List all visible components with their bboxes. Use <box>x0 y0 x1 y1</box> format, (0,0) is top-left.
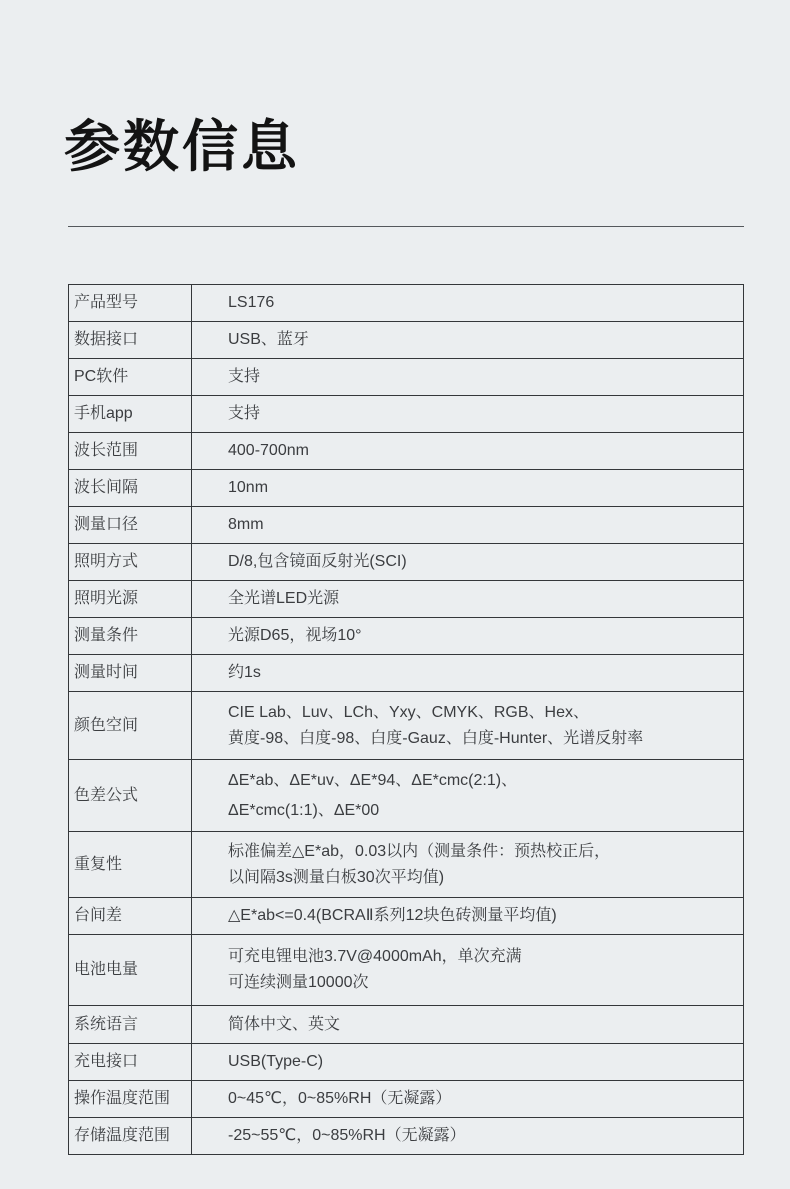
spec-row-value: 约1s <box>192 655 744 692</box>
table-row: 台间差 △E*ab<=0.4(BCRAⅡ系列12块色砖测量平均值) <box>69 898 744 935</box>
spec-row-label: 波长间隔 <box>69 470 192 507</box>
spec-row-label: 充电接口 <box>69 1044 192 1081</box>
spec-row-label: 手机app <box>69 396 192 433</box>
spec-table: 产品型号 LS176 数据接口 USB、蓝牙 PC软件 支持 手机app 支持 … <box>68 284 744 1155</box>
spec-row-value: 可充电锂电池3.7V@4000mAh，单次充满 可连续测量10000次 <box>192 935 744 1006</box>
table-row: PC软件 支持 <box>69 359 744 396</box>
table-row: 颜色空间 CIE Lab、Luv、LCh、Yxy、CMYK、RGB、Hex、 黄… <box>69 692 744 760</box>
spec-row-label: PC软件 <box>69 359 192 396</box>
table-row: 测量条件 光源D65，视场10° <box>69 618 744 655</box>
table-row: 充电接口 USB(Type-C) <box>69 1044 744 1081</box>
table-row: 色差公式 ΔE*ab、ΔE*uv、ΔE*94、ΔE*cmc(2:1)、 ΔE*c… <box>69 760 744 832</box>
spec-row-label: 颜色空间 <box>69 692 192 760</box>
spec-row-label: 存储温度范围 <box>69 1118 192 1155</box>
spec-row-value: USB、蓝牙 <box>192 322 744 359</box>
spec-row-label: 波长范围 <box>69 433 192 470</box>
spec-row-value: 0~45℃，0~85%RH（无凝露） <box>192 1081 744 1118</box>
spec-row-value: 10nm <box>192 470 744 507</box>
spec-row-label: 照明光源 <box>69 581 192 618</box>
spec-row-value: D/8,包含镜面反射光(SCI) <box>192 544 744 581</box>
table-row: 产品型号 LS176 <box>69 285 744 322</box>
spec-row-label: 测量条件 <box>69 618 192 655</box>
spec-row-value: △E*ab<=0.4(BCRAⅡ系列12块色砖测量平均值) <box>192 898 744 935</box>
spec-row-value: 标准偏差△E*ab，0.03以内（测量条件：预热校正后， 以间隔3s测量白板30… <box>192 832 744 898</box>
table-row: 重复性 标准偏差△E*ab，0.03以内（测量条件：预热校正后， 以间隔3s测量… <box>69 832 744 898</box>
table-row: 存储温度范围 -25~55℃，0~85%RH（无凝露） <box>69 1118 744 1155</box>
table-row: 照明方式 D/8,包含镜面反射光(SCI) <box>69 544 744 581</box>
table-row: 测量时间 约1s <box>69 655 744 692</box>
table-row: 数据接口 USB、蓝牙 <box>69 322 744 359</box>
product-spec-page: 参数信息 产品型号 LS176 数据接口 USB、蓝牙 PC软件 支持 手机ap… <box>0 0 790 1189</box>
spec-row-value: 8mm <box>192 507 744 544</box>
spec-row-value: 400-700nm <box>192 433 744 470</box>
table-row: 照明光源 全光谱LED光源 <box>69 581 744 618</box>
spec-table-body: 产品型号 LS176 数据接口 USB、蓝牙 PC软件 支持 手机app 支持 … <box>69 285 744 1155</box>
spec-row-label: 照明方式 <box>69 544 192 581</box>
spec-row-value: 支持 <box>192 359 744 396</box>
spec-row-value: ΔE*ab、ΔE*uv、ΔE*94、ΔE*cmc(2:1)、 ΔE*cmc(1:… <box>192 760 744 832</box>
spec-row-label: 测量时间 <box>69 655 192 692</box>
spec-row-label: 重复性 <box>69 832 192 898</box>
table-row: 测量口径 8mm <box>69 507 744 544</box>
spec-row-value: USB(Type-C) <box>192 1044 744 1081</box>
spec-row-value: CIE Lab、Luv、LCh、Yxy、CMYK、RGB、Hex、 黄度-98、… <box>192 692 744 760</box>
spec-row-value: -25~55℃，0~85%RH（无凝露） <box>192 1118 744 1155</box>
spec-row-label: 台间差 <box>69 898 192 935</box>
table-row: 波长间隔 10nm <box>69 470 744 507</box>
table-row: 手机app 支持 <box>69 396 744 433</box>
spec-row-label: 测量口径 <box>69 507 192 544</box>
table-row: 波长范围 400-700nm <box>69 433 744 470</box>
table-row: 操作温度范围 0~45℃，0~85%RH（无凝露） <box>69 1081 744 1118</box>
spec-row-value: 简体中文、英文 <box>192 1006 744 1044</box>
page-title: 参数信息 <box>64 112 300 182</box>
spec-row-value: 全光谱LED光源 <box>192 581 744 618</box>
spec-row-label: 系统语言 <box>69 1006 192 1044</box>
spec-row-label: 电池电量 <box>69 935 192 1006</box>
table-row: 电池电量 可充电锂电池3.7V@4000mAh，单次充满 可连续测量10000次 <box>69 935 744 1006</box>
spec-row-value: 光源D65，视场10° <box>192 618 744 655</box>
spec-row-label: 色差公式 <box>69 760 192 832</box>
spec-row-value: LS176 <box>192 285 744 322</box>
spec-row-value: 支持 <box>192 396 744 433</box>
spec-row-label: 数据接口 <box>69 322 192 359</box>
title-divider <box>68 226 744 227</box>
spec-row-label: 操作温度范围 <box>69 1081 192 1118</box>
table-row: 系统语言 简体中文、英文 <box>69 1006 744 1044</box>
spec-row-label: 产品型号 <box>69 285 192 322</box>
